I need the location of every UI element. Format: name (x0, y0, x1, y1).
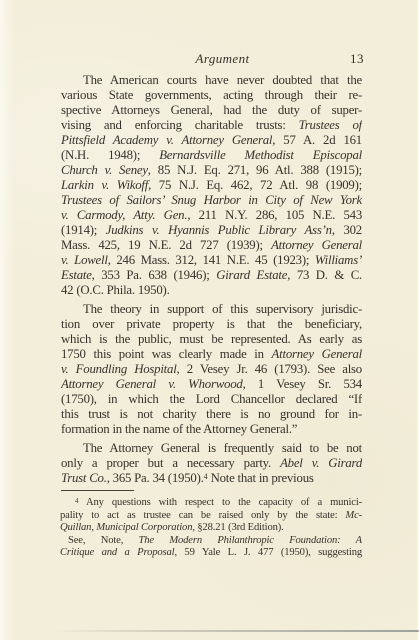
book-page: Argument 13 The American courts have nev… (0, 0, 419, 640)
text-run: Judkins v. Hyannis Public Library Ass’n (106, 223, 332, 237)
text-line: Attorney General v. Whorwood, 1 Vesey Sr… (61, 377, 362, 392)
text-run: 1750 this point was clearly made in (61, 347, 272, 361)
footnote: 4 Any questions with respect to the capa… (60, 497, 362, 560)
text-line: Critique and a Proposal, 59 Yale L. J. 4… (60, 547, 362, 560)
text-run: Mass. 425, 19 N.E. 2d 727 (1939); (61, 238, 271, 252)
text-run: , 59 Yale L. J. 477 (1950), suggesting (174, 547, 362, 558)
text-run: (1914); (61, 223, 106, 237)
text-run: Abel v. Girard (280, 456, 362, 470)
argument-body: The American courts have never doubted t… (61, 73, 362, 486)
footnote-separator-rule (61, 490, 134, 491)
page-number: 13 (350, 51, 364, 67)
text-run: The American courts have never doubted t… (83, 73, 362, 87)
text-line: only a proper but a necessary party. Abe… (61, 456, 362, 471)
text-run: , 353 Pa. 638 (1946); (92, 268, 217, 282)
text-line: The Attorney General is frequently said … (61, 441, 362, 456)
text-run: spective Attorneys General, had the duty… (61, 103, 362, 117)
footnote-reference-superscript: 4 (204, 472, 208, 481)
text-line: Trust Co., 365 Pa. 34 (1950).4 Note that… (61, 471, 362, 486)
text-line: v. Lowell, 246 Mass. 312, 141 N.E. 45 (1… (61, 253, 362, 268)
text-run: , 211 N.Y. 286, 105 N.E. 543 (187, 208, 362, 222)
text-run: The Attorney General is frequently said … (83, 441, 362, 455)
text-run: Church v. Seney (61, 163, 148, 177)
text-run: Critique and a Proposal (60, 547, 174, 558)
text-line: See, Note, The Modern Philanthropic Foun… (60, 535, 362, 548)
text-run: Quillan, Municipal Corporation (60, 522, 192, 533)
text-line: 1750 this point was clearly made in Atto… (61, 347, 362, 362)
text-run: formation in the name of the Attorney Ge… (61, 422, 297, 436)
text-run: The theory in support of this supervisor… (83, 302, 362, 316)
text-run: , 2 Vesey Jr. 46 (1793). See also (177, 362, 362, 376)
text-line: 42 (O.C. Phila. 1950). (61, 283, 362, 298)
text-run: tion over private property is that the b… (61, 317, 362, 331)
text-line: Church v. Seney, 85 N.J. Eq. 271, 96 Atl… (61, 163, 362, 178)
text-run: Williams’ (315, 253, 362, 267)
text-run: various State governments, acting throug… (61, 88, 362, 102)
text-run: which is the public, must be represented… (61, 332, 362, 346)
text-run: Attorney General (272, 347, 362, 361)
text-run: v. Foundling Hospital (61, 362, 177, 376)
text-line: Mass. 425, 19 N.E. 2d 727 (1939); Attorn… (61, 238, 362, 253)
text-line: spective Attorneys General, had the duty… (61, 103, 362, 118)
text-run: (1750), in which the Lord Chancellor dec… (61, 392, 362, 406)
text-run: v. Carmody, Atty. Gen. (61, 208, 187, 222)
text-line: formation in the name of the Attorney Ge… (61, 422, 362, 437)
text-run: Trust Co. (61, 471, 107, 485)
text-run: Larkin v. Wikoff (61, 178, 148, 192)
text-line: Pittsfield Academy v. Attorney General, … (61, 133, 362, 148)
text-line: (N.H. 1948); Bernardsville Methodist Epi… (61, 148, 362, 163)
text-run: , 246 Mass. 312, 141 N.E. 45 (1923); (108, 253, 315, 267)
text-run: Mc- (345, 510, 362, 521)
text-run: v. Lowell (61, 253, 108, 267)
text-run: Trustees of Sailors’ Snug Harbor in City… (61, 193, 362, 207)
text-line: Estate, 353 Pa. 638 (1946); Girard Estat… (61, 268, 362, 283)
text-line: vising and enforcing charitable trusts: … (61, 118, 362, 133)
text-run: , 73 D. & C. (287, 268, 362, 282)
text-line: (1750), in which the Lord Chancellor dec… (61, 392, 362, 407)
text-run: only a proper but a necessary party. (61, 456, 280, 470)
text-run: Any questions with respect to the capaci… (79, 497, 363, 508)
running-header: Argument 13 (61, 51, 362, 67)
text-run: Estate (61, 268, 92, 282)
paragraph: The theory in support of this supervisor… (61, 302, 362, 437)
text-run: , 365 Pa. 34 (1950). (107, 471, 204, 485)
text-line: various State governments, acting throug… (61, 88, 362, 103)
text-run: Bernardsville Methodist Episcopal (159, 148, 362, 162)
text-run: this trust is not charity there is no gr… (61, 407, 362, 421)
text-run: (N.H. 1948); (61, 148, 159, 162)
text-run: , 57 A. 2d 161 (272, 133, 362, 147)
text-line: 4 Any questions with respect to the capa… (60, 497, 362, 510)
running-header-title: Argument (196, 51, 250, 67)
text-run: , 302 (332, 223, 362, 237)
text-line: Larkin v. Wikoff, 75 N.J. Eq. 462, 72 At… (61, 178, 362, 193)
text-line: Trustees of Sailors’ Snug Harbor in City… (61, 193, 362, 208)
text-line: Quillan, Municipal Corporation, §28.21 (… (60, 522, 362, 535)
page-bottom-edge (48, 630, 419, 632)
text-line: which is the public, must be represented… (61, 332, 362, 347)
text-run: Pittsfield Academy v. Attorney General (61, 133, 272, 147)
text-line: tion over private property is that the b… (61, 317, 362, 332)
text-line: this trust is not charity there is no gr… (61, 407, 362, 422)
text-run: The Modern Philanthropic Foundation: A (139, 535, 362, 546)
text-line: The theory in support of this supervisor… (61, 302, 362, 317)
text-run: Attorney General (271, 238, 362, 252)
text-run: , 85 N.J. Eq. 271, 96 Atl. 388 (1915); (148, 163, 362, 177)
text-run: , 75 N.J. Eq. 462, 72 Atl. 98 (1909); (148, 178, 362, 192)
text-line: (1914); Judkins v. Hyannis Public Librar… (61, 223, 362, 238)
text-run: Girard Estate (216, 268, 287, 282)
text-run: pality to act as trustee can be raised o… (60, 510, 345, 521)
text-run: See, Note, (68, 535, 139, 546)
text-run: , §28.21 (3rd Edition). (192, 522, 283, 533)
text-run: 42 (O.C. Phila. 1950). (61, 283, 170, 297)
text-line: v. Carmody, Atty. Gen., 211 N.Y. 286, 10… (61, 208, 362, 223)
footnote-reference-superscript: 4 (75, 497, 79, 505)
text-run: Note that in previous (208, 471, 314, 485)
text-line: v. Foundling Hospital, 2 Vesey Jr. 46 (1… (61, 362, 362, 377)
text-run: Trustees of (299, 118, 362, 132)
paragraph: The Attorney General is frequently said … (61, 441, 362, 486)
text-run: Attorney General v. Whorwood (61, 377, 243, 391)
paragraph: The American courts have never doubted t… (61, 73, 362, 298)
text-line: The American courts have never doubted t… (61, 73, 362, 88)
text-line: pality to act as trustee can be raised o… (60, 510, 362, 523)
text-run: , 1 Vesey Sr. 534 (243, 377, 362, 391)
text-run: vising and enforcing charitable trusts: (61, 118, 299, 132)
